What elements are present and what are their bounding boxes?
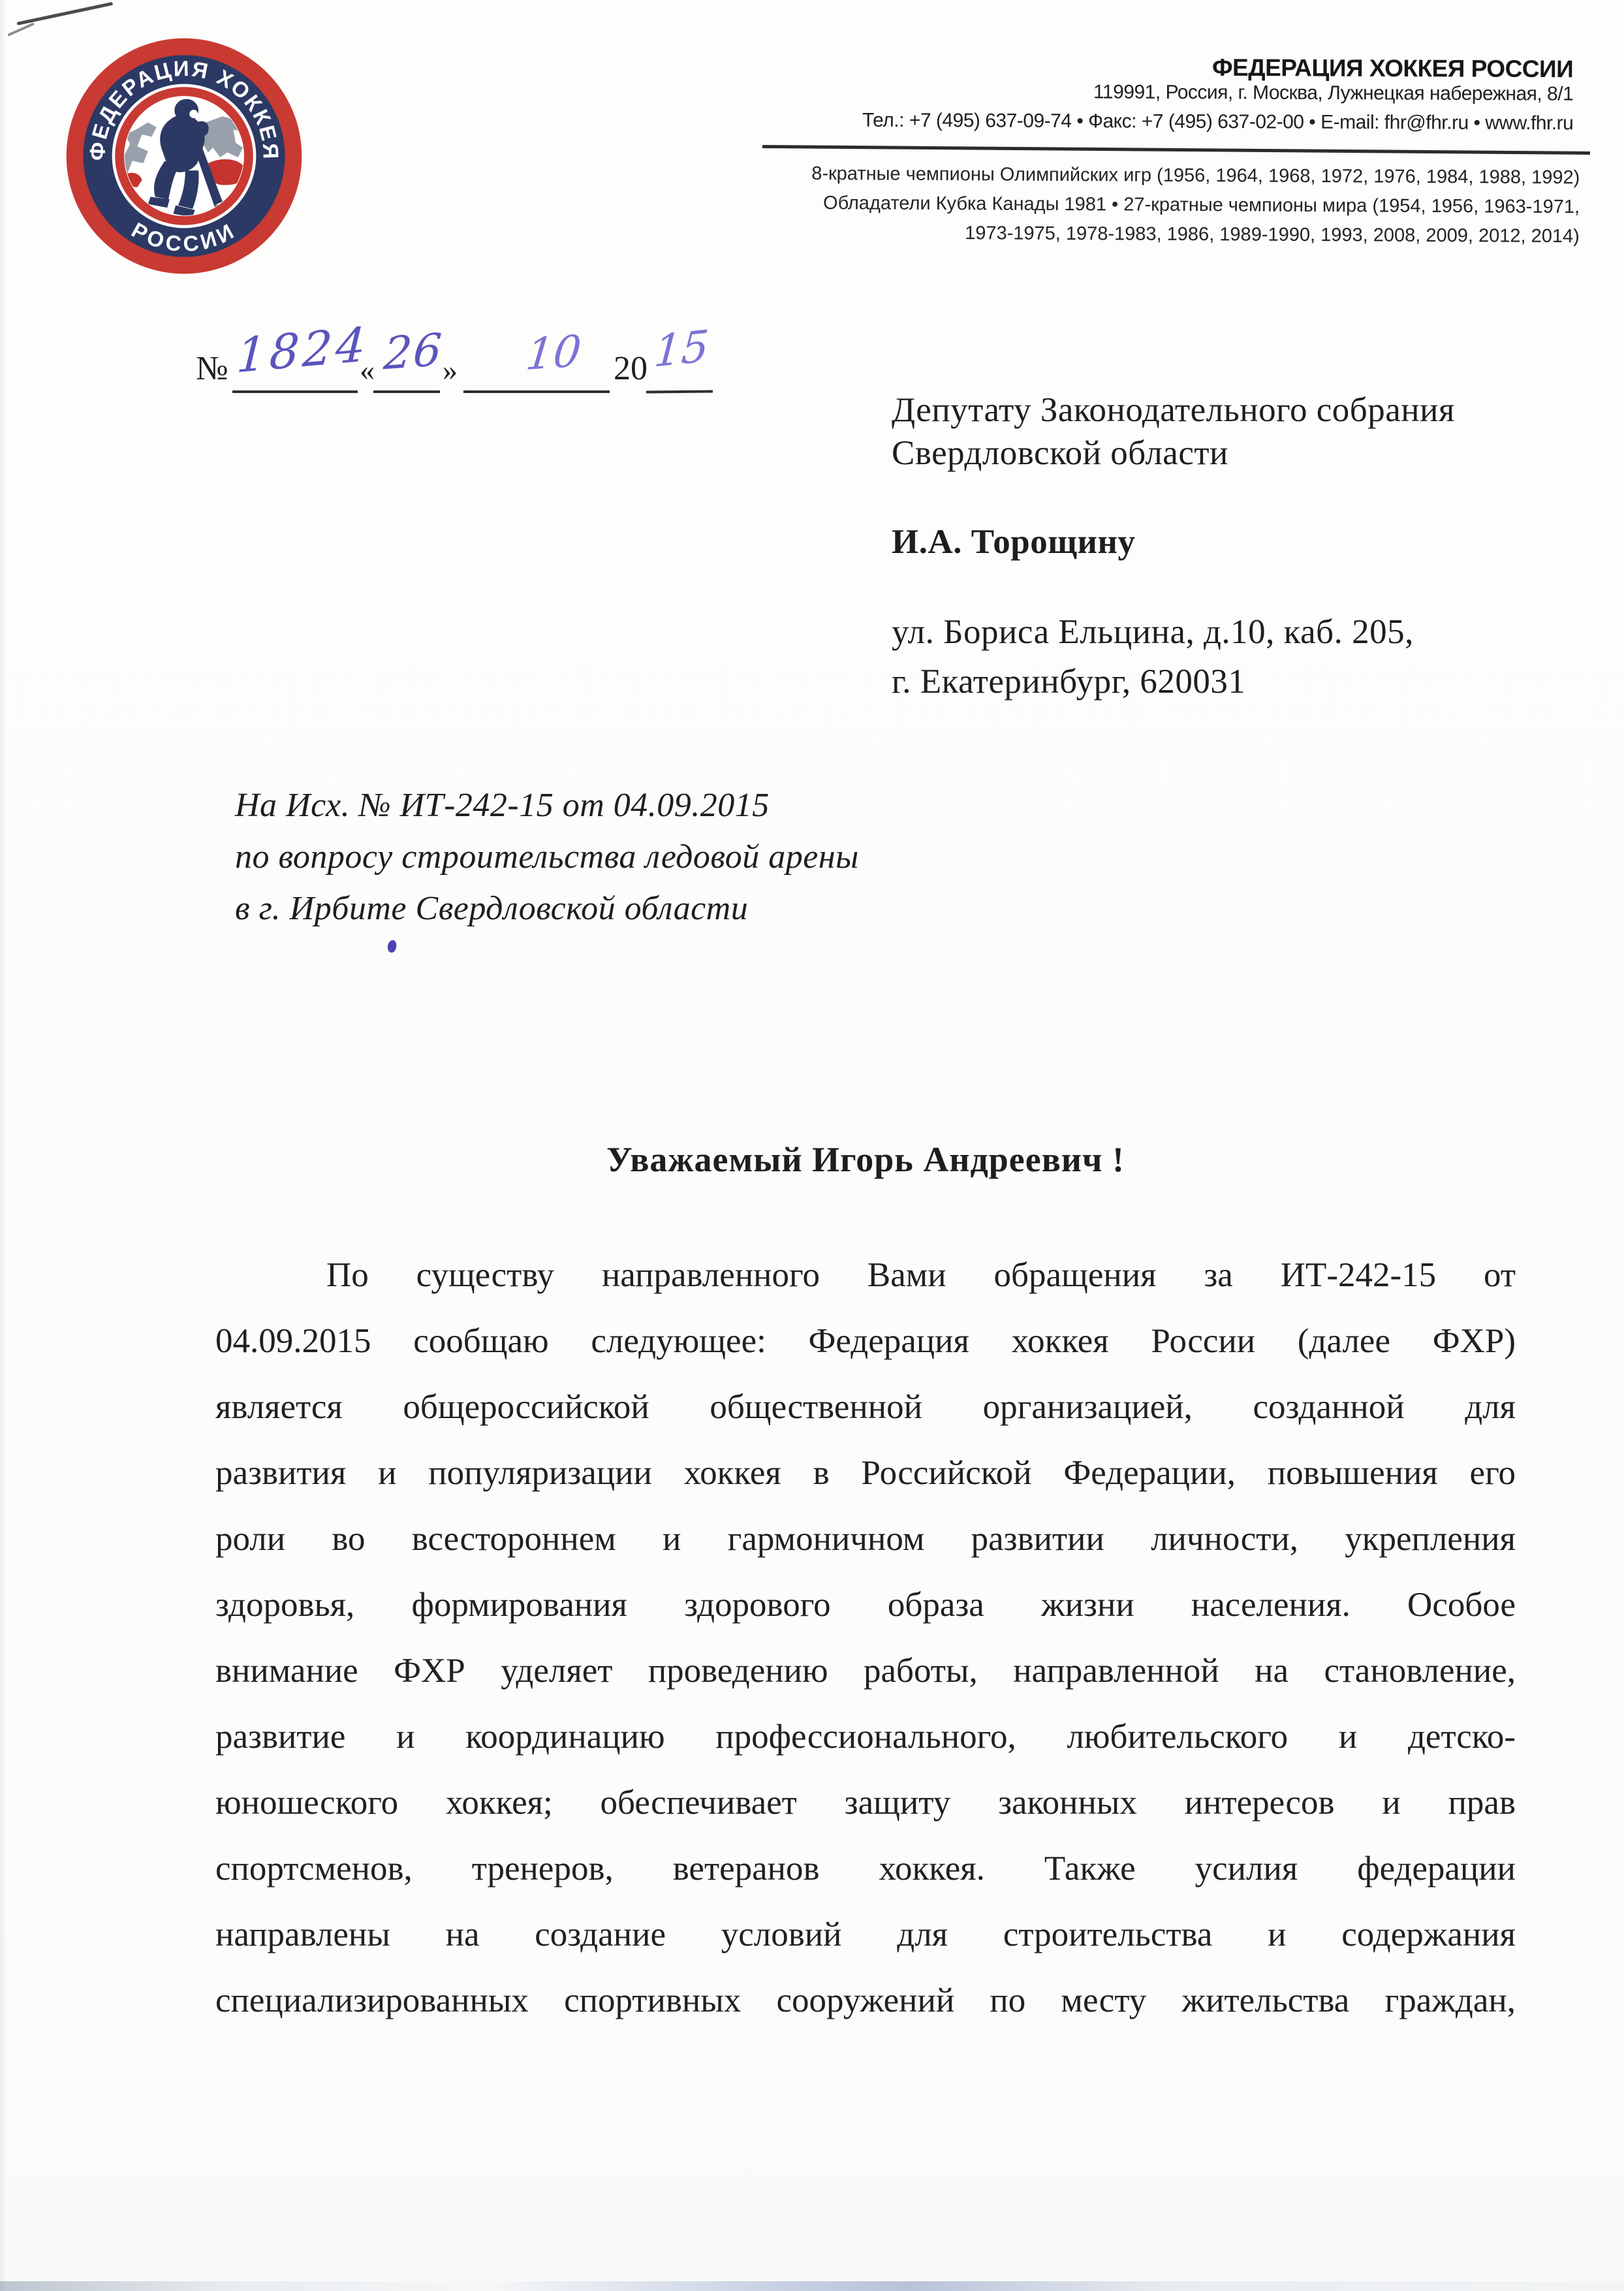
- body-line: является общероссийской общественной орг…: [215, 1374, 1516, 1440]
- handwritten-doc-number: 1824: [235, 317, 370, 383]
- reference-block: На Исх. № ИТ-242-15 от 04.09.2015 по воп…: [235, 780, 859, 934]
- handwritten-day: 26: [382, 324, 445, 381]
- body-line: направлены на создание условий для строи…: [215, 1902, 1516, 1968]
- recipient-line: Депутату Законодательного собрания: [892, 390, 1455, 430]
- quote-open: «: [360, 353, 375, 387]
- reference-line: в г. Ирбите Свердловской области: [235, 883, 859, 934]
- recipient-address-line: г. Екатеринбург, 620031: [892, 662, 1245, 701]
- year-underline: [646, 390, 713, 393]
- org-name: ФЕДЕРАЦИЯ ХОККЕЯ РОССИИ: [1212, 54, 1573, 83]
- staple-mark: [16, 2, 113, 25]
- achievements-line: Обладатели Кубка Канады 1981 • 27-кратны…: [811, 189, 1580, 222]
- recipient-line: Свердловской области: [892, 434, 1228, 473]
- ink-dot-mark: [387, 940, 397, 953]
- body-line: роли во всестороннем и гармоничном разви…: [215, 1506, 1516, 1572]
- salutation: Уважаемый Игорь Андреевич !: [215, 1139, 1516, 1180]
- recipient-name: И.А. Торощину: [892, 522, 1136, 561]
- body-line: здоровья, формирования здорового образа …: [215, 1572, 1516, 1638]
- org-contacts: Тел.: +7 (495) 637-09-74 • Факс: +7 (495…: [862, 110, 1574, 135]
- org-address: 119991, Россия, г. Москва, Лужнецкая наб…: [1093, 81, 1573, 105]
- scan-edge-artifact: [0, 2281, 1624, 2291]
- doc-number-label: №: [196, 349, 228, 388]
- body-line: развития и популяризации хоккея в Россий…: [215, 1440, 1516, 1506]
- doc-number-underline: [232, 390, 358, 393]
- day-underline: [373, 390, 440, 393]
- letter-body: По существу направленного Вами обращения…: [215, 1242, 1516, 2034]
- reference-line: На Исх. № ИТ-242-15 от 04.09.2015: [235, 780, 859, 831]
- handwritten-year: 15: [653, 321, 711, 377]
- month-underline: [463, 390, 610, 393]
- hockey-federation-emblem-icon: ФЕДЕРАЦИЯ ХОККЕЯ РОССИИ: [64, 36, 304, 276]
- helmet-visor-highlight: [189, 110, 198, 118]
- body-line: внимание ФХР уделяет проведению работы, …: [215, 1638, 1516, 1704]
- quote-close: »: [443, 353, 458, 387]
- body-line: 04.09.2015 сообщаю следующее: Федерация …: [215, 1308, 1516, 1374]
- header-divider: [762, 145, 1590, 155]
- achievements-line: 8-кратные чемпионы Олимпийских игр (1956…: [811, 159, 1580, 193]
- scan-edge-artifact: [0, 0, 7, 2291]
- recipient-address-line: ул. Бориса Ельцина, д.10, каб. 205,: [892, 612, 1414, 652]
- body-line: развитие и координацию профессионального…: [215, 1704, 1516, 1770]
- achievements-line: 1973-1975, 1978-1983, 1986, 1989-1990, 1…: [811, 218, 1580, 251]
- body-line: специализированных спортивных сооружений…: [215, 1968, 1516, 2034]
- year-prefix: 20: [614, 349, 648, 388]
- achievements-block: 8-кратные чемпионы Олимпийских игр (1956…: [811, 159, 1580, 251]
- scanned-letter-page: ФЕДЕРАЦИЯ ХОККЕЯ РОССИИ: [0, 0, 1624, 2291]
- handwritten-month: 10: [523, 326, 584, 381]
- body-line: юношеского хоккея; обеспечивает защиту з…: [215, 1770, 1516, 1836]
- body-line: По существу направленного Вами обращения…: [215, 1242, 1516, 1308]
- body-line: спортсменов, тренеров, ветеранов хоккея.…: [215, 1836, 1516, 1902]
- fhr-logo-icon: ФЕДЕРАЦИЯ ХОККЕЯ РОССИИ: [64, 36, 304, 276]
- reference-line: по вопросу строительства ледовой арены: [235, 831, 859, 883]
